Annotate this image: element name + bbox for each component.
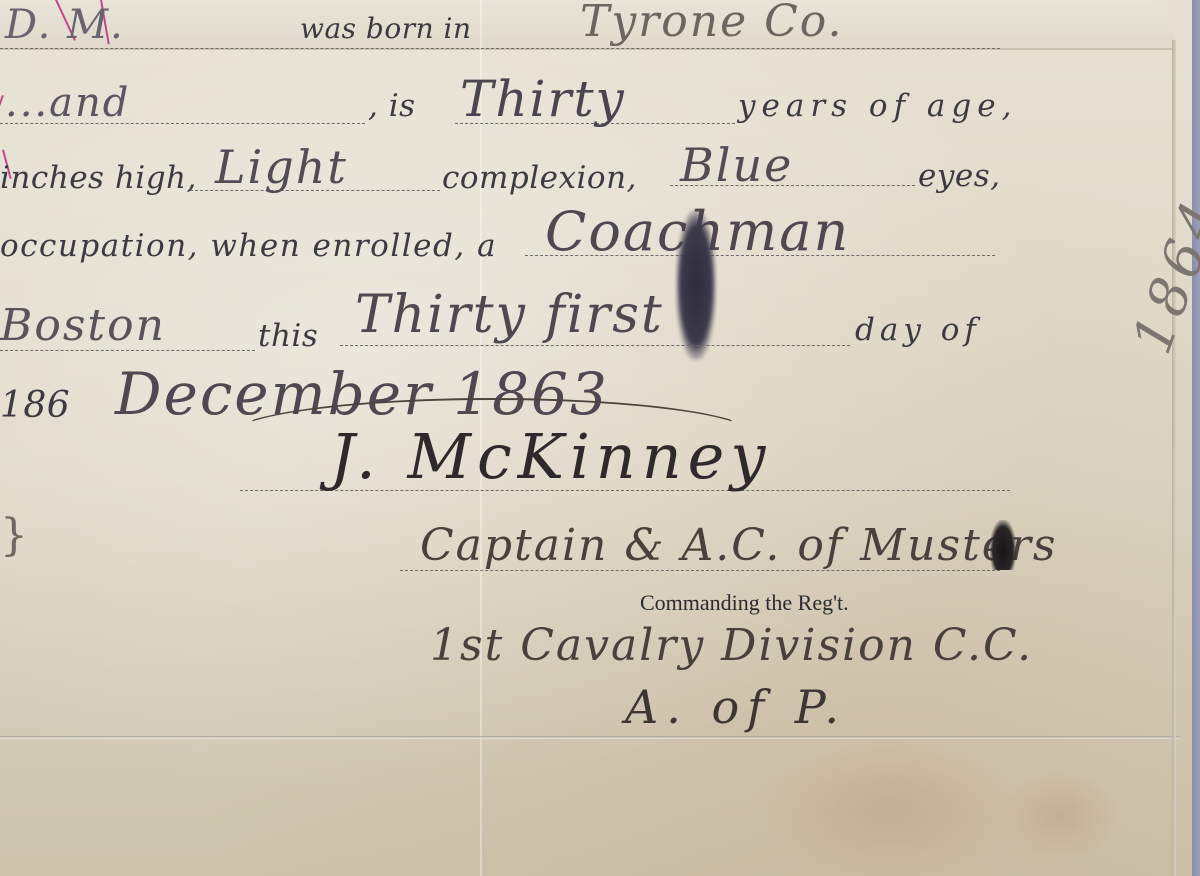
ink-spot <box>990 520 1016 570</box>
signature: J. McKinney <box>330 420 771 493</box>
dotted-line <box>0 48 1000 49</box>
handwritten-name-fragment: D. M. <box>5 2 125 48</box>
handwritten-place: Boston <box>0 300 166 351</box>
handwritten-army: A. of P. <box>625 680 847 734</box>
pink-pencil-mark <box>0 95 4 133</box>
handwritten-country: ...and <box>5 80 130 126</box>
printed-occupation-when-enrolled: occupation, when enrolled, a <box>0 228 497 264</box>
handwritten-complexion: Light <box>215 140 348 194</box>
handwritten-title: Captain & A.C. of Musters <box>420 520 1057 571</box>
document-paper: D. M. was born in Tyrone Co. ...and , is… <box>0 0 1192 876</box>
printed-day-of: day of <box>855 312 981 348</box>
handwritten-eyes: Blue <box>680 138 793 192</box>
dotted-line <box>0 123 365 124</box>
printed-186: 186 <box>0 385 70 426</box>
printed-complexion: complexion, <box>442 160 637 196</box>
printed-this: this <box>258 318 318 354</box>
printed-eyes: eyes, <box>918 158 1000 194</box>
handwritten-birthplace: Tyrone Co. <box>580 0 843 47</box>
printed-commanding-the-regt: Commanding the Reg't. <box>640 590 849 616</box>
printed-inches-high: inches high, <box>0 160 197 196</box>
printed-is: , is <box>368 88 416 124</box>
margin-annotation: 1864 <box>1120 188 1200 361</box>
printed-years-of-age: years of age, <box>738 88 1017 124</box>
printed-was-born-in: was born in <box>300 12 472 45</box>
paper-edge <box>1172 40 1176 876</box>
handwritten-unit: 1st Cavalry Division C.C. <box>430 620 1033 671</box>
horizontal-fold <box>0 736 1180 739</box>
dotted-line <box>340 345 850 346</box>
ink-blot <box>676 210 716 360</box>
stain <box>1000 770 1120 860</box>
handwritten-age: Thirty <box>460 70 626 128</box>
stain <box>760 740 1020 876</box>
dotted-line <box>0 350 255 351</box>
handwritten-day: Thirty first <box>355 285 664 345</box>
brace-mark: } <box>0 510 28 561</box>
